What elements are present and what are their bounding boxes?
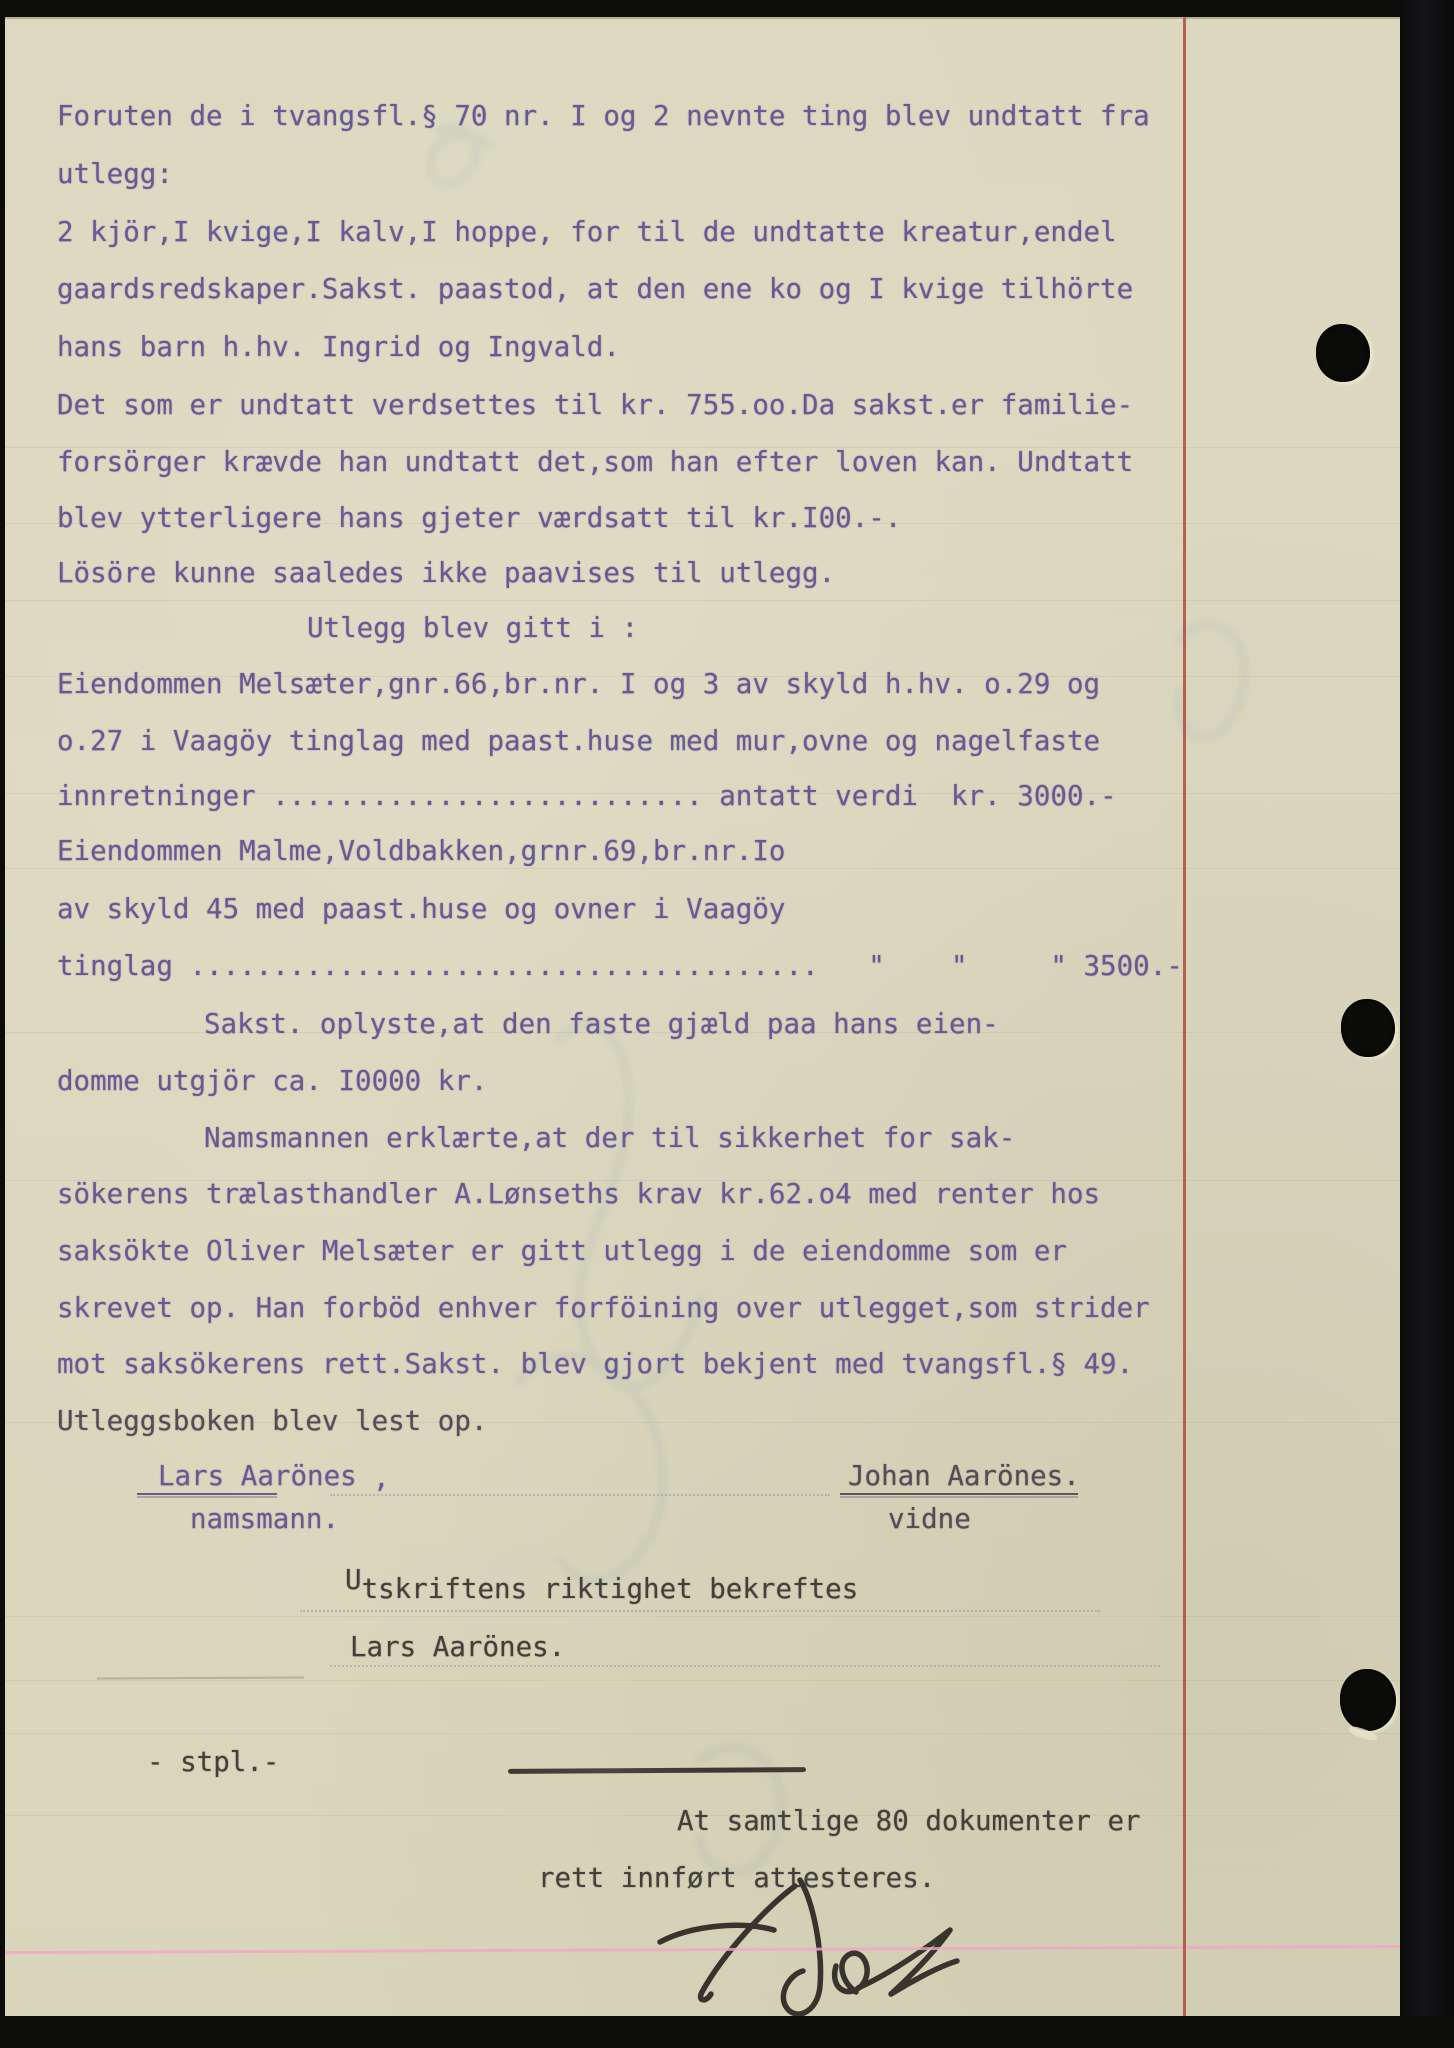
- signer-role-left: namsmann.: [190, 1503, 339, 1535]
- typed-line: 2 kjör,I kvige,I kalv,I hoppe, for til d…: [57, 216, 1117, 248]
- signature-underline: [137, 1493, 277, 1495]
- stray-comma-mark: ,: [373, 1462, 390, 1494]
- attestation-count-line: At samtlige 80 dokumenter er: [677, 1805, 1141, 1837]
- scan-streak: [0, 1616, 1432, 1617]
- signer-role-right: vidne: [888, 1503, 971, 1535]
- faint-dotted-line: [330, 1494, 830, 1496]
- typed-line: domme utgjör ca. I0000 kr.: [57, 1065, 487, 1097]
- faint-dotted-line: [330, 1665, 1160, 1667]
- typed-line: Foruten de i tvangsfl.§ 70 nr. I og 2 ne…: [57, 100, 1150, 132]
- certification-text: tskriftens riktighet bekreftes: [362, 1573, 859, 1605]
- typed-line: av skyld 45 med paast.huse og ovner i Va…: [57, 893, 785, 925]
- pink-scan-line: [0, 1945, 1440, 1954]
- hand-drawn-divider-line: [508, 1767, 806, 1774]
- punch-hole: [1340, 1669, 1396, 1731]
- typed-line: utlegg:: [57, 158, 173, 190]
- punch-hole: [1341, 999, 1395, 1057]
- certifier-name: Lars Aarönes.: [350, 1631, 565, 1663]
- typed-line: Utleggsboken blev lest op.: [57, 1405, 487, 1437]
- scan-edge-right: [1400, 0, 1454, 2048]
- scan-streak: [0, 1680, 1432, 1681]
- punch-hole: [1316, 324, 1370, 382]
- typed-line: Namsmannen erklærte,at der til sikkerhet…: [204, 1122, 1015, 1154]
- typed-line: Sakst. oplyste,at den faste gjæld paa ha…: [204, 1008, 999, 1040]
- scan-streak: [0, 1733, 1432, 1734]
- scanned-document-page: Foruten de i tvangsfl.§ 70 nr. I og 2 ne…: [0, 0, 1454, 2048]
- typed-line: Eiendommen Melsæter,gnr.66,br.nr. I og 3…: [57, 668, 1100, 700]
- scan-edge-tint: [0, 17, 1454, 19]
- faint-dotted-line: [300, 1610, 1100, 1612]
- scan-edge-top: [0, 0, 1454, 17]
- scan-edge-bottom: [0, 2016, 1454, 2048]
- scan-streak: [0, 600, 1432, 601]
- typed-line: forsörger krævde han undtatt det,som han…: [57, 446, 1133, 478]
- raised-initial: U: [345, 1564, 362, 1596]
- typed-line-valuation: innretninger .......................... …: [57, 780, 1117, 812]
- scan-edge-left: [0, 0, 5, 2048]
- typed-line: mot saksökerens rett.Sakst. blev gjort b…: [57, 1348, 1133, 1380]
- signer-name-left: Lars Aarönes: [158, 1460, 357, 1492]
- typed-line: Lösöre kunne saaledes ikke paavises til …: [57, 557, 835, 589]
- typed-line: skrevet op. Han forböd enhver forföining…: [57, 1292, 1150, 1324]
- signature-underline: [840, 1493, 1078, 1495]
- attestation-count-line: rett innført attesteres.: [538, 1862, 935, 1894]
- typed-line-valuation: tinglag ................................…: [57, 950, 1183, 982]
- typed-line: blev ytterligere hans gjeter værdsatt ti…: [57, 502, 901, 534]
- typed-line: o.27 i Vaagöy tinglag med paast.huse med…: [57, 725, 1100, 757]
- typed-line: Det som er undtatt verdsettes til kr. 75…: [57, 389, 1133, 421]
- typed-line: saksökte Oliver Melsæter er gitt utlegg …: [57, 1235, 1067, 1267]
- scan-streak: [0, 868, 1432, 869]
- typed-line: Eiendommen Malme,Voldbakken,grnr.69,br.n…: [57, 835, 785, 867]
- stamp-note: - stpl.-: [147, 1746, 279, 1778]
- typed-line: sökerens trælasthandler A.Lønseths krav …: [57, 1178, 1100, 1210]
- typed-line-heading: Utlegg blev gitt i :: [307, 612, 638, 644]
- certification-line: Utskriftens riktighet bekreftes: [345, 1573, 858, 1605]
- red-margin-line: [1183, 16, 1186, 2020]
- typed-line: hans barn h.hv. Ingrid og Ingvald.: [57, 331, 620, 363]
- typed-line: gaardsredskaper.Sakst. paastod, at den e…: [57, 273, 1133, 305]
- signer-name-right: Johan Aarönes.: [848, 1460, 1080, 1492]
